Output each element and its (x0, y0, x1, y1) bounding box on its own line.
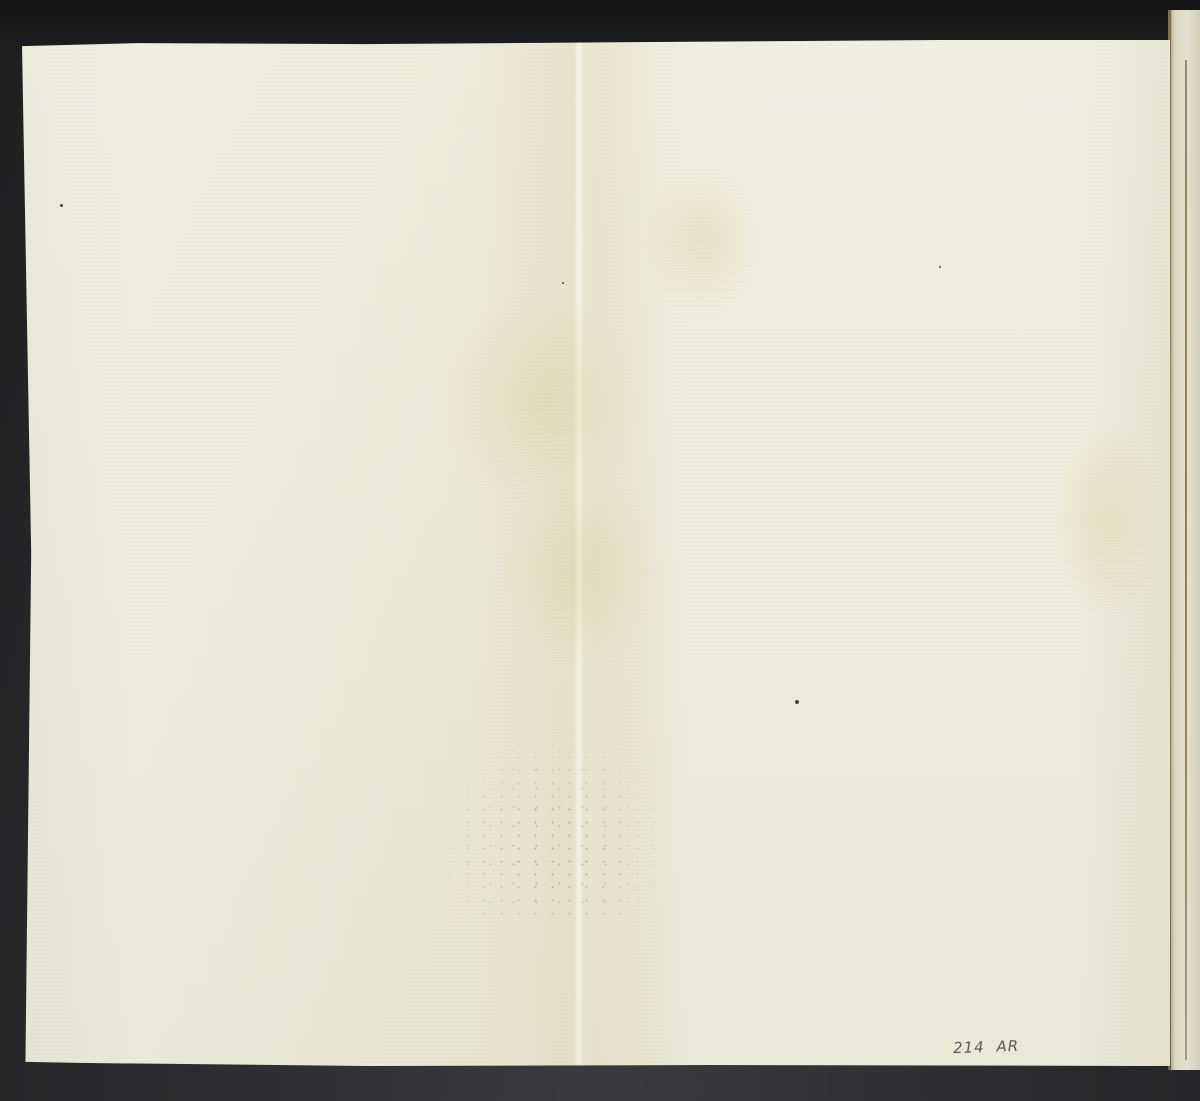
ink-speck (60, 204, 63, 207)
paper-sheet (22, 40, 1170, 1066)
foxing-stain (502, 470, 662, 670)
ink-speck (795, 700, 799, 704)
ink-speck (562, 282, 564, 284)
pencil-archive-annotation: 214 AR (953, 1037, 1020, 1057)
adjacent-bound-page-edge (1168, 10, 1200, 1070)
binding-spine-edge (1185, 60, 1187, 1060)
foxing-stain (1052, 420, 1162, 620)
speckled-offset-marks (422, 720, 662, 920)
ink-speck (939, 266, 941, 268)
foxing-stain (642, 160, 762, 320)
